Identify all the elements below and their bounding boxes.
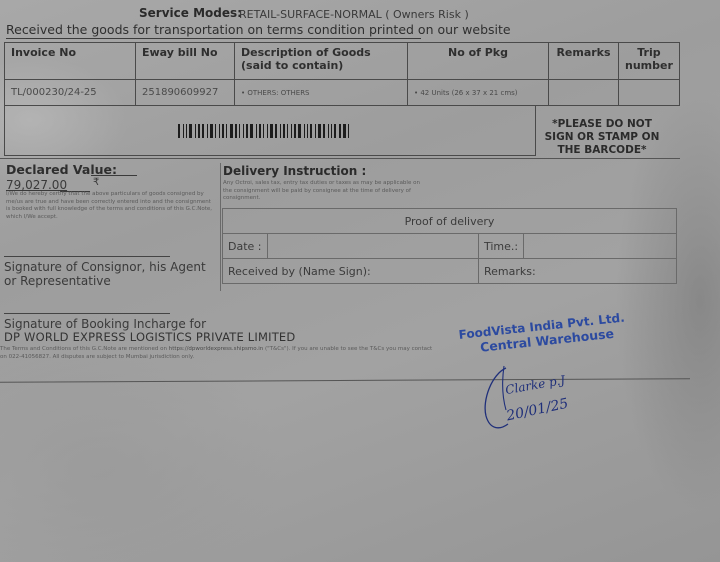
column-divider bbox=[220, 163, 221, 291]
pod-remarks-label: Remarks: bbox=[479, 259, 677, 284]
declared-value-underline bbox=[91, 175, 137, 176]
col-no-of-pkg: No of Pkg bbox=[408, 43, 549, 80]
received-goods-statement: Received the goods for transportation on… bbox=[6, 22, 511, 37]
pod-date-label: Date : bbox=[223, 234, 268, 259]
no-of-pkg-value: • 42 Units (26 x 37 x 21 cms) bbox=[408, 80, 549, 106]
handwritten-signature-icon bbox=[478, 360, 588, 440]
proof-of-delivery-title: Proof of delivery bbox=[223, 209, 677, 234]
company-name: DP WORLD EXPRESS LOGISTICS PRIVATE LIMIT… bbox=[4, 330, 295, 344]
col-invoice-no: Invoice No bbox=[5, 43, 136, 80]
pod-date-field bbox=[268, 234, 479, 259]
table-row: TL/000230/24-25 251890609927 • OTHERS: O… bbox=[5, 80, 680, 106]
col-eway-bill-no: Eway bill No bbox=[136, 43, 235, 80]
service-modes-value: RETAIL-SURFACE-NORMAL ( Owners Risk ) bbox=[239, 8, 469, 21]
col-trip-number: Trip number bbox=[619, 43, 680, 80]
received-underline bbox=[6, 38, 421, 39]
invoice-no-value: TL/000230/24-25 bbox=[5, 80, 136, 106]
pod-received-by-label: Received by (Name Sign): bbox=[223, 259, 479, 284]
goods-table-header: Invoice No Eway bill No Description of G… bbox=[5, 43, 680, 80]
terms-and-conditions: The Terms and Conditions of this G.C.Not… bbox=[0, 346, 440, 361]
consignor-declaration: I/We do hereby certify that the above pa… bbox=[6, 191, 216, 221]
service-modes-label: Service Modes: bbox=[139, 6, 242, 20]
barcode-icon bbox=[178, 124, 373, 138]
delivery-instruction-text: Any Octroi, sales tax, entry tax duties … bbox=[223, 180, 423, 203]
rupee-icon: ₹ bbox=[93, 177, 99, 188]
delivery-instruction-title: Delivery Instruction : bbox=[223, 164, 366, 178]
section-divider bbox=[0, 158, 680, 159]
proof-of-delivery-table: Proof of delivery Date : Time.: Received… bbox=[222, 208, 677, 284]
description-value: • OTHERS: OTHERS bbox=[235, 80, 408, 106]
trip-number-value bbox=[619, 80, 680, 106]
consignor-signature-line bbox=[4, 256, 170, 257]
booking-signature-line bbox=[4, 313, 170, 314]
eway-bill-no-value: 251890609927 bbox=[136, 80, 235, 106]
goods-table: Invoice No Eway bill No Description of G… bbox=[4, 42, 680, 106]
booking-incharge-label: Signature of Booking Incharge for bbox=[4, 317, 206, 331]
pod-time-label: Time.: bbox=[479, 234, 524, 259]
pod-time-field bbox=[524, 234, 677, 259]
terms-text-before: The Terms and Conditions of this G.C.Not… bbox=[0, 346, 169, 352]
consignor-signature-label: Signature of Consignor, his Agent or Rep… bbox=[4, 260, 214, 288]
terms-link[interactable]: https://dpworldexpress.shipsmo.in bbox=[169, 346, 264, 352]
remarks-value bbox=[549, 80, 619, 106]
barcode-notice: *PLEASE DO NOT SIGN OR STAMP ON THE BARC… bbox=[540, 118, 664, 157]
declared-value-amount: 79,027.00 bbox=[6, 178, 67, 192]
company-stamp: FoodVista India Pvt. Ltd. Central Wareho… bbox=[458, 311, 627, 357]
col-description: Description of Goods (said to contain) bbox=[235, 43, 408, 80]
col-remarks: Remarks bbox=[549, 43, 619, 80]
